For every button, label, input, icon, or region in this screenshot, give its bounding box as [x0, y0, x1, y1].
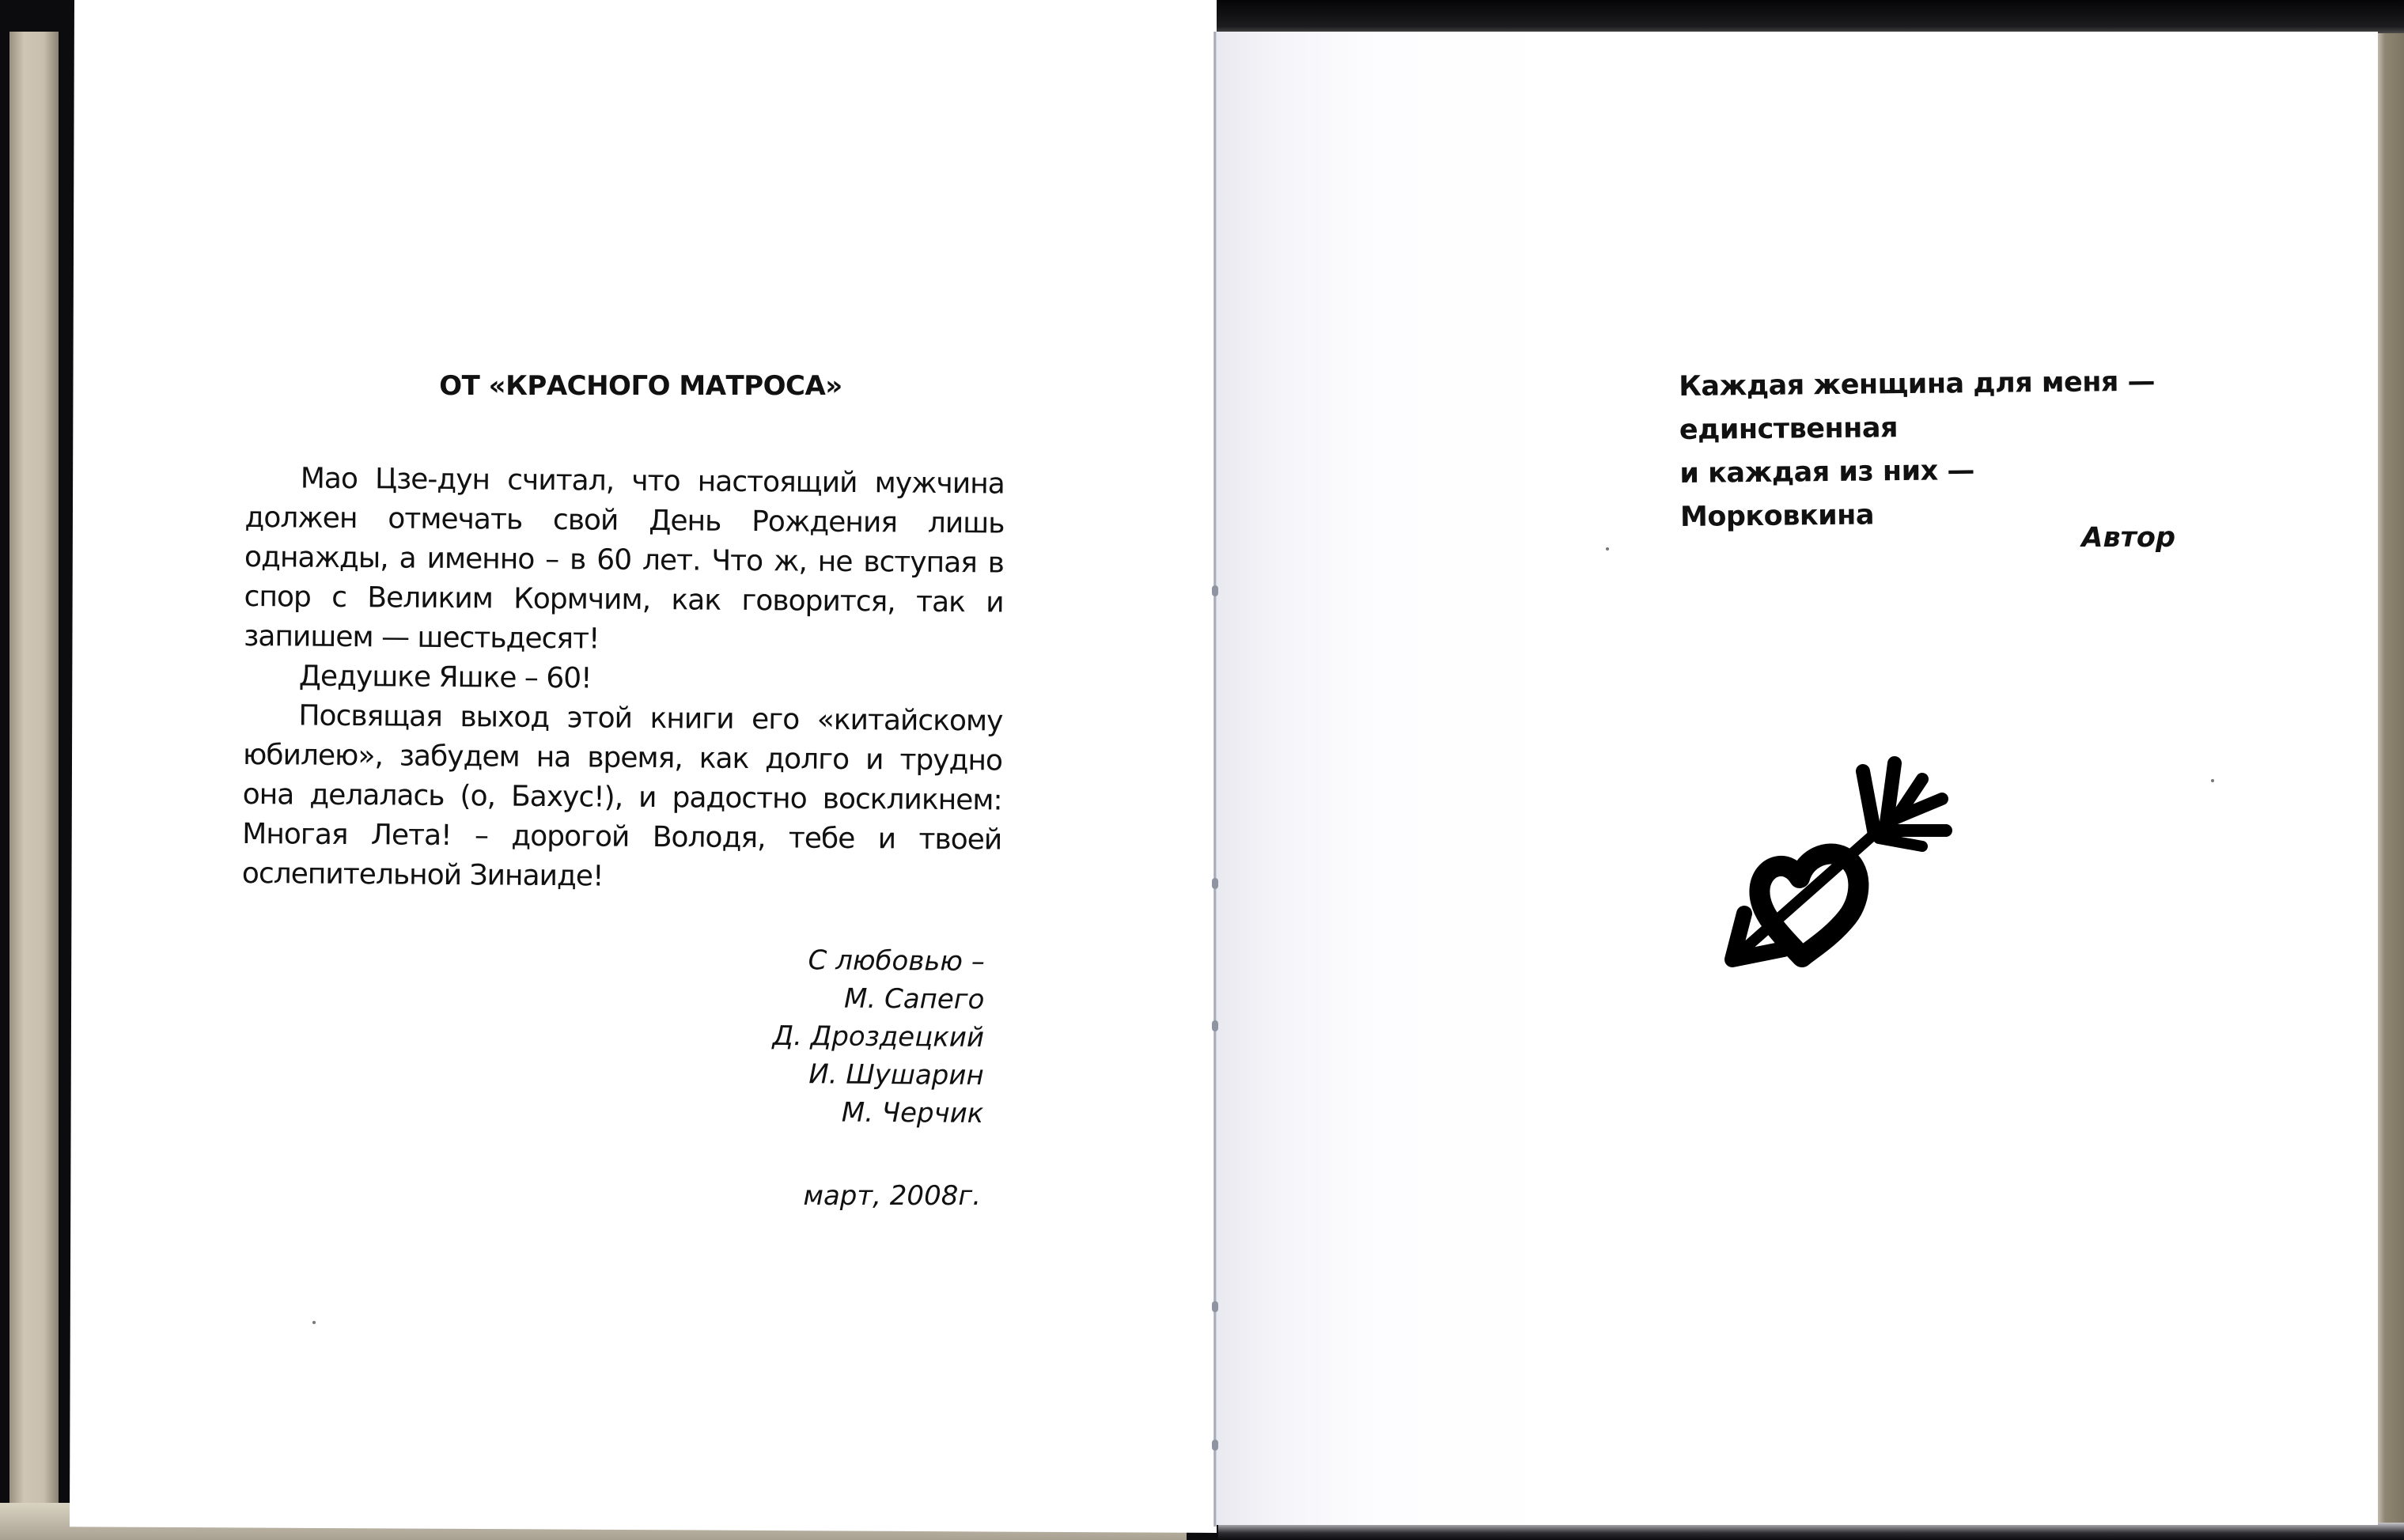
signature-name: И. Шушарин — [553, 1054, 984, 1095]
epigraph-line: единственная — [1679, 403, 2234, 452]
heart-pierced-by-arrow-icon — [1701, 747, 1962, 977]
binding-stitch — [1212, 878, 1218, 889]
epigraph-line: Каждая женщина для меня — — [1679, 360, 2233, 409]
scan-speck — [2211, 779, 2214, 782]
signature-block: С любовью – М. Сапего Д. Дроздецкий И. Ш… — [552, 940, 985, 1133]
scanner-edge-left — [9, 32, 59, 1534]
scan-speck — [1606, 547, 1609, 551]
binding-stitch — [1212, 1020, 1218, 1031]
signature-name: М. Черчик — [552, 1092, 983, 1133]
dedication-body: Мао Цзе-дун считал, что настоящий мужчин… — [242, 459, 1005, 900]
epigraph-line: и каждая из них — — [1679, 447, 2234, 496]
signature-name: Д. Дроздецкий — [553, 1016, 984, 1057]
epigraph-author: Автор — [1883, 522, 2175, 554]
scan-speck — [312, 1321, 316, 1324]
signature-name: М. Сапего — [553, 978, 984, 1019]
paragraph: Посвящая выход этой книги его «китайском… — [242, 696, 1003, 900]
binding-stitch — [1212, 1440, 1218, 1451]
epigraph: Каждая женщина для меня — единственная и… — [1679, 360, 2234, 539]
binding-stitch — [1212, 585, 1218, 596]
paragraph: Дедушке Яшке – 60! — [244, 656, 1003, 702]
scanner-shadow-top — [1107, 0, 2404, 33]
scanner-shadow-bottom — [1218, 1523, 2404, 1540]
signature-date: март, 2008г. — [554, 1180, 981, 1212]
binding-stitch — [1212, 1301, 1218, 1312]
page-heading: ОТ «КРАСНОГО МАТРОСА» — [245, 370, 1036, 402]
paragraph: Мао Цзе-дун считал, что настоящий мужчин… — [244, 459, 1005, 663]
signature-salutation: С любовью – — [554, 940, 985, 981]
